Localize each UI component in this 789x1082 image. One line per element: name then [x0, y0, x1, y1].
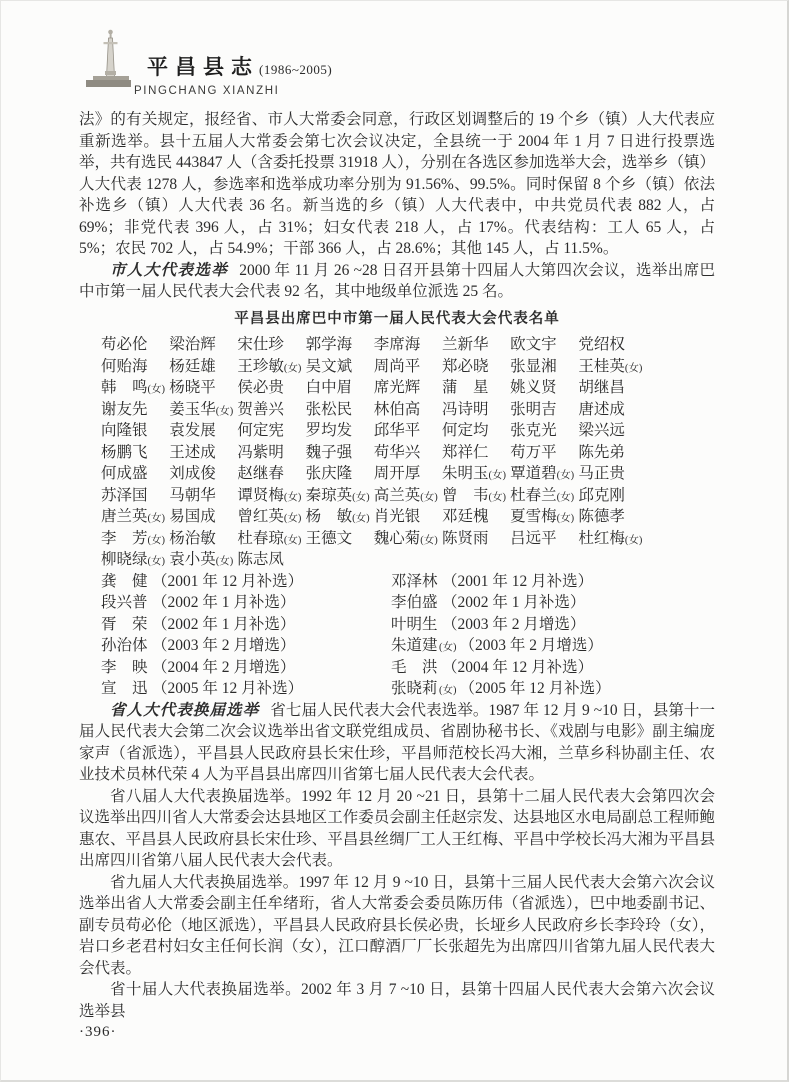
delegate-name: 李席海: [374, 334, 442, 356]
delegate-name: 朱明玉(女): [442, 463, 510, 487]
female-marker: (女): [216, 406, 234, 417]
delegate-name: 何成盛: [101, 463, 169, 485]
delegate-name: 魏心菊(女): [374, 528, 442, 552]
page-header: 平昌县志(1986~2005) PINGCHANG XIANZHI: [1, 1, 789, 105]
delegate-name: 王德文: [306, 528, 374, 550]
supplement-name: 朱道建: [391, 635, 439, 657]
supplement-name: 邓泽林: [391, 571, 439, 593]
delegate-name: 柳晓绿(女): [101, 549, 169, 573]
supplement-row: 李 映（2004 年 2 月增选）毛 洪（2004 年 12 月补选）: [101, 657, 715, 679]
female-marker: (女): [284, 363, 302, 374]
supplement-note: （2001 年 12 月补选）: [152, 573, 303, 590]
delegate-name: 欧文宇: [510, 334, 578, 356]
supplement-note: （2002 年 1 月补选）: [442, 594, 585, 611]
delegate-row: 苏泽国马朝华谭贤梅(女)秦琼英(女)高兰英(女)曾 韦(女)杜春兰(女)邱克刚: [101, 485, 715, 507]
supplement-entry: 李伯盛（2002 年 1 月补选）: [391, 592, 585, 614]
supplement-name: 段兴普: [101, 592, 149, 614]
delegate-name: 秦琼英(女): [306, 485, 374, 509]
delegate-name: 王桂英(女): [578, 356, 646, 380]
delegate-name: 易国成: [169, 506, 237, 528]
female-marker: (女): [439, 642, 457, 653]
delegate-name: 袁发展: [169, 420, 237, 442]
delegate-name: 曾红英(女): [237, 506, 305, 530]
delegate-name: 杨晓平: [169, 377, 237, 399]
delegate-name: 姜玉华(女): [169, 399, 237, 423]
delegate-name: 唐兰英(女): [101, 506, 169, 530]
delegate-name: 郭学海: [306, 334, 374, 356]
delegate-name: 向隆银: [101, 420, 169, 442]
paragraph-prov9-election: 省九届人大代表换届选举。1997 年 12 月 9 ~10 日，县第十三届人民代…: [79, 872, 715, 980]
book-title-years: (1986~2005): [259, 62, 332, 77]
paragraph-text: 省九届人大代表换届选举。1997 年 12 月 9 ~10 日，县第十三届人民代…: [79, 874, 715, 977]
page-number: ·396·: [79, 1022, 715, 1044]
delegate-name: 王述成: [169, 442, 237, 464]
delegate-name: 何贻海: [101, 356, 169, 378]
delegate-name: 胡继昌: [578, 377, 646, 399]
female-marker: (女): [488, 470, 506, 481]
supplement-entry: 龚 健（2001 年 12 月补选）: [101, 571, 391, 593]
paragraph-township-election: 法》的有关规定，报经省、市人大常委会同意，行政区划调整后的 19 个乡（镇）人大…: [79, 109, 715, 260]
delegate-name: 杨 敏(女): [306, 506, 374, 530]
supplement-name: 李 映: [101, 657, 149, 679]
female-marker: (女): [148, 535, 166, 546]
supplement-name: 李伯盛: [391, 592, 439, 614]
book-title-cn: 平昌县志: [147, 55, 259, 79]
supplement-name: 孙治体: [101, 635, 149, 657]
delegate-name: 冯紫明: [237, 442, 305, 464]
supplement-note: （2003 年 2 月增选）: [442, 616, 585, 633]
supplement-entry: 段兴普（2002 年 1 月补选）: [101, 592, 391, 614]
delegate-name: 吕远平: [510, 528, 578, 550]
delegate-name: 张明吉: [510, 399, 578, 421]
supplement-note: （2001 年 12 月补选）: [442, 573, 593, 590]
delegate-name: 罗均发: [306, 420, 374, 442]
delegate-name: 赵继春: [237, 463, 305, 485]
female-marker: (女): [148, 513, 166, 524]
delegate-name: 魏子强: [306, 442, 374, 464]
supplement-entry: 宣 迅（2005 年 12 月补选）: [101, 678, 391, 700]
supplement-row: 宣 迅（2005 年 12 月补选）张晓莉(女)（2005 年 12 月补选）: [101, 678, 715, 700]
delegate-name: 张显湘: [510, 356, 578, 378]
delegate-name: 苟华兴: [374, 442, 442, 464]
delegate-name: 周开厚: [374, 463, 442, 485]
delegate-name: 杨鹏飞: [101, 442, 169, 464]
delegate-name: 刘成俊: [169, 463, 237, 485]
paragraph-text: 法》的有关规定，报经省、市人大常委会同意，行政区划调整后的 19 个乡（镇）人大…: [79, 111, 715, 257]
female-marker: (女): [284, 513, 302, 524]
supplement-note: （2005 年 12 月补选）: [152, 680, 303, 697]
female-marker: (女): [216, 556, 234, 567]
supplement-name: 毛 洪: [391, 657, 439, 679]
delegate-name: 王珍敏(女): [237, 356, 305, 380]
delegate-row: 向隆银袁发展何定宪罗均发邱华平何定均张克光梁兴远: [101, 420, 715, 442]
female-marker: (女): [352, 513, 370, 524]
delegate-name: 邓廷槐: [442, 506, 510, 528]
delegate-name: 杨治敏: [169, 528, 237, 550]
supplement-row: 龚 健（2001 年 12 月补选）邓泽林（2001 年 12 月补选）: [101, 571, 715, 593]
supplement-note: （2004 年 2 月增选）: [152, 659, 295, 676]
delegate-name: 陈先弟: [578, 442, 646, 464]
book-title-pinyin: PINGCHANG XIANZHI: [134, 85, 279, 97]
delegate-name: 张克光: [510, 420, 578, 442]
delegate-name: 兰新华: [442, 334, 510, 356]
delegate-name: 梁治辉: [169, 334, 237, 356]
paragraph-prov7-election: 省人大代表换届选举省七届人民代表大会代表选举。1987 年 12 月 9 ~10…: [79, 700, 715, 786]
delegate-name: 郑祥仁: [442, 442, 510, 464]
supplement-entry: 叶明生（2003 年 2 月增选）: [391, 614, 585, 636]
entry-label-city: 市人大代表选举: [110, 262, 228, 279]
delegate-row: 何成盛刘成俊赵继春张庆隆周开厚朱明玉(女)覃道碧(女)马正贵: [101, 463, 715, 485]
supplement-note: （2005 年 12 月补选）: [460, 680, 611, 697]
supplement-name: 张晓莉: [391, 678, 439, 700]
delegate-name: 马正贵: [578, 463, 646, 485]
delegate-name: 党绍权: [578, 334, 646, 356]
delegate-name: 张松民: [306, 399, 374, 421]
supplement-entry: 毛 洪（2004 年 12 月补选）: [391, 657, 593, 679]
delegate-name: 李 芳(女): [101, 528, 169, 552]
supplement-entry: 张晓莉(女)（2005 年 12 月补选）: [391, 678, 611, 702]
delegate-list-title: 平昌县出席巴中市第一届人民代表大会代表名单: [79, 309, 715, 331]
delegate-name: 吴文斌: [306, 356, 374, 378]
female-marker: (女): [557, 492, 575, 503]
delegate-name: 何定宪: [237, 420, 305, 442]
delegate-name: 袁小英(女): [169, 549, 237, 573]
delegate-name: 夏雪梅(女): [510, 506, 578, 530]
delegate-name: 谢友先: [101, 399, 169, 421]
delegate-name: 林伯高: [374, 399, 442, 421]
supplement-row: 段兴普（2002 年 1 月补选）李伯盛（2002 年 1 月补选）: [101, 592, 715, 614]
delegate-name: 肖光银: [374, 506, 442, 528]
supplement-entry: 邓泽林（2001 年 12 月补选）: [391, 571, 593, 593]
supplement-entry: 李 映（2004 年 2 月增选）: [101, 657, 391, 679]
delegate-name: 覃道碧(女): [510, 463, 578, 487]
supplement-name: 胥 荣: [101, 614, 149, 636]
delegate-name: 杜春琼(女): [237, 528, 305, 552]
paragraph-prov8-election: 省八届人大代表换届选举。1992 年 12 月 20 ~21 日，县第十二届人民…: [79, 786, 715, 872]
page-content: 法》的有关规定，报经省、市人大常委会同意，行政区划调整后的 19 个乡（镇）人大…: [79, 109, 715, 1044]
supplement-row: 胥 荣（2002 年 1 月补选）叶明生（2003 年 2 月增选）: [101, 614, 715, 636]
delegate-name: 郑必晓: [442, 356, 510, 378]
delegate-name-grid: 苟必伦梁治辉宋仕珍郭学海李席海兰新华欧文宇党绍权何贻海杨廷雄王珍敏(女)吴文斌周…: [101, 334, 715, 571]
female-marker: (女): [352, 492, 370, 503]
entry-label-province: 省人大代表换届选举: [110, 702, 259, 719]
delegate-name: 冯诗明: [442, 399, 510, 421]
delegate-name: 白中眉: [306, 377, 374, 399]
supplement-name: 叶明生: [391, 614, 439, 636]
female-marker: (女): [625, 535, 643, 546]
delegate-name: 周尚平: [374, 356, 442, 378]
supplement-note: （2004 年 12 月补选）: [442, 659, 593, 676]
female-marker: (女): [284, 535, 302, 546]
supplement-name: 宣 迅: [101, 678, 149, 700]
delegate-name: 杜春兰(女): [510, 485, 578, 509]
delegate-name: 杜红梅(女): [578, 528, 646, 552]
female-marker: (女): [439, 685, 457, 696]
paragraph-prov10-election: 省十届人大代表换届选举。2002 年 3 月 7 ~10 日，县第十四届人民代表…: [79, 979, 715, 1022]
delegate-name: 蒲 星: [442, 377, 510, 399]
delegate-name: 贺善兴: [237, 399, 305, 421]
delegate-row: 何贻海杨廷雄王珍敏(女)吴文斌周尚平郑必晓张显湘王桂英(女): [101, 356, 715, 378]
delegate-name: 曾 韦(女): [442, 485, 510, 509]
delegate-name: 高兰英(女): [374, 485, 442, 509]
female-marker: (女): [284, 492, 302, 503]
paragraph-text: 省十届人大代表换届选举。2002 年 3 月 7 ~10 日，县第十四届人民代表…: [79, 981, 715, 1020]
delegate-name: 邱克刚: [578, 485, 646, 507]
supplement-row: 孙治体（2003 年 2 月增选）朱道建(女)（2003 年 2 月增选）: [101, 635, 715, 657]
delegate-name: 梁兴远: [578, 420, 646, 442]
paragraph-city-delegate-election: 市人大代表选举2000 年 11 月 26 ~28 日召开县第十四届人大第四次会…: [79, 260, 715, 303]
delegate-row: 柳晓绿(女)袁小英(女)陈志凤: [101, 549, 715, 571]
delegate-name: 陈志凤: [237, 549, 305, 571]
supplement-note: （2002 年 1 月补选）: [152, 616, 295, 633]
delegate-row: 唐兰英(女)易国成曾红英(女)杨 敏(女)肖光银邓廷槐夏雪梅(女)陈德孝: [101, 506, 715, 528]
scanned-book-page: 平昌县志(1986~2005) PINGCHANG XIANZHI 法》的有关规…: [0, 0, 789, 1082]
female-marker: (女): [420, 535, 438, 546]
female-marker: (女): [557, 470, 575, 481]
delegate-name: 席光辉: [374, 377, 442, 399]
female-marker: (女): [625, 363, 643, 374]
delegate-row: 李 芳(女)杨治敏杜春琼(女)王德文魏心菊(女)陈贤雨吕远平杜红梅(女): [101, 528, 715, 550]
delegate-name: 苟万平: [510, 442, 578, 464]
delegate-row: 谢友先姜玉华(女)贺善兴张松民林伯高冯诗明张明吉唐述成: [101, 399, 715, 421]
delegate-name: 唐述成: [578, 399, 646, 421]
delegate-name: 杨廷雄: [169, 356, 237, 378]
delegate-name: 宋仕珍: [237, 334, 305, 356]
female-marker: (女): [557, 513, 575, 524]
supplement-note: （2002 年 1 月补选）: [152, 594, 295, 611]
supplement-entry: 朱道建(女)（2003 年 2 月增选）: [391, 635, 603, 659]
monument-icon: [85, 27, 137, 98]
supplement-entry: 胥 荣（2002 年 1 月补选）: [101, 614, 391, 636]
female-marker: (女): [420, 492, 438, 503]
delegate-row: 杨鹏飞王述成冯紫明魏子强苟华兴郑祥仁苟万平陈先弟: [101, 442, 715, 464]
delegate-name: 姚义贤: [510, 377, 578, 399]
book-title: 平昌县志(1986~2005): [147, 51, 332, 81]
delegate-name: 陈德孝: [578, 506, 646, 528]
female-marker: (女): [148, 384, 166, 395]
delegate-name: 韩 鸣(女): [101, 377, 169, 401]
delegate-name: 陈贤雨: [442, 528, 510, 550]
female-marker: (女): [488, 492, 506, 503]
delegate-row: 韩 鸣(女)杨晓平侯必贵白中眉席光辉蒲 星姚义贤胡继昌: [101, 377, 715, 399]
delegate-name: 马朝华: [169, 485, 237, 507]
delegate-name: 苟必伦: [101, 334, 169, 356]
paragraph-text: 省八届人大代表换届选举。1992 年 12 月 20 ~21 日，县第十二届人民…: [79, 788, 715, 870]
delegate-name: 苏泽国: [101, 485, 169, 507]
supplement-name: 龚 健: [101, 571, 149, 593]
supplement-note: （2003 年 2 月增选）: [152, 637, 295, 654]
delegate-name: 何定均: [442, 420, 510, 442]
female-marker: (女): [148, 556, 166, 567]
delegate-row: 苟必伦梁治辉宋仕珍郭学海李席海兰新华欧文宇党绍权: [101, 334, 715, 356]
delegate-name: 谭贤梅(女): [237, 485, 305, 509]
supplement-note: （2003 年 2 月增选）: [460, 637, 603, 654]
delegate-name: 张庆隆: [306, 463, 374, 485]
delegate-name: 邱华平: [374, 420, 442, 442]
supplement-election-list: 龚 健（2001 年 12 月补选）邓泽林（2001 年 12 月补选）段兴普（…: [101, 571, 715, 700]
supplement-entry: 孙治体（2003 年 2 月增选）: [101, 635, 391, 657]
delegate-name: 侯必贵: [237, 377, 305, 399]
